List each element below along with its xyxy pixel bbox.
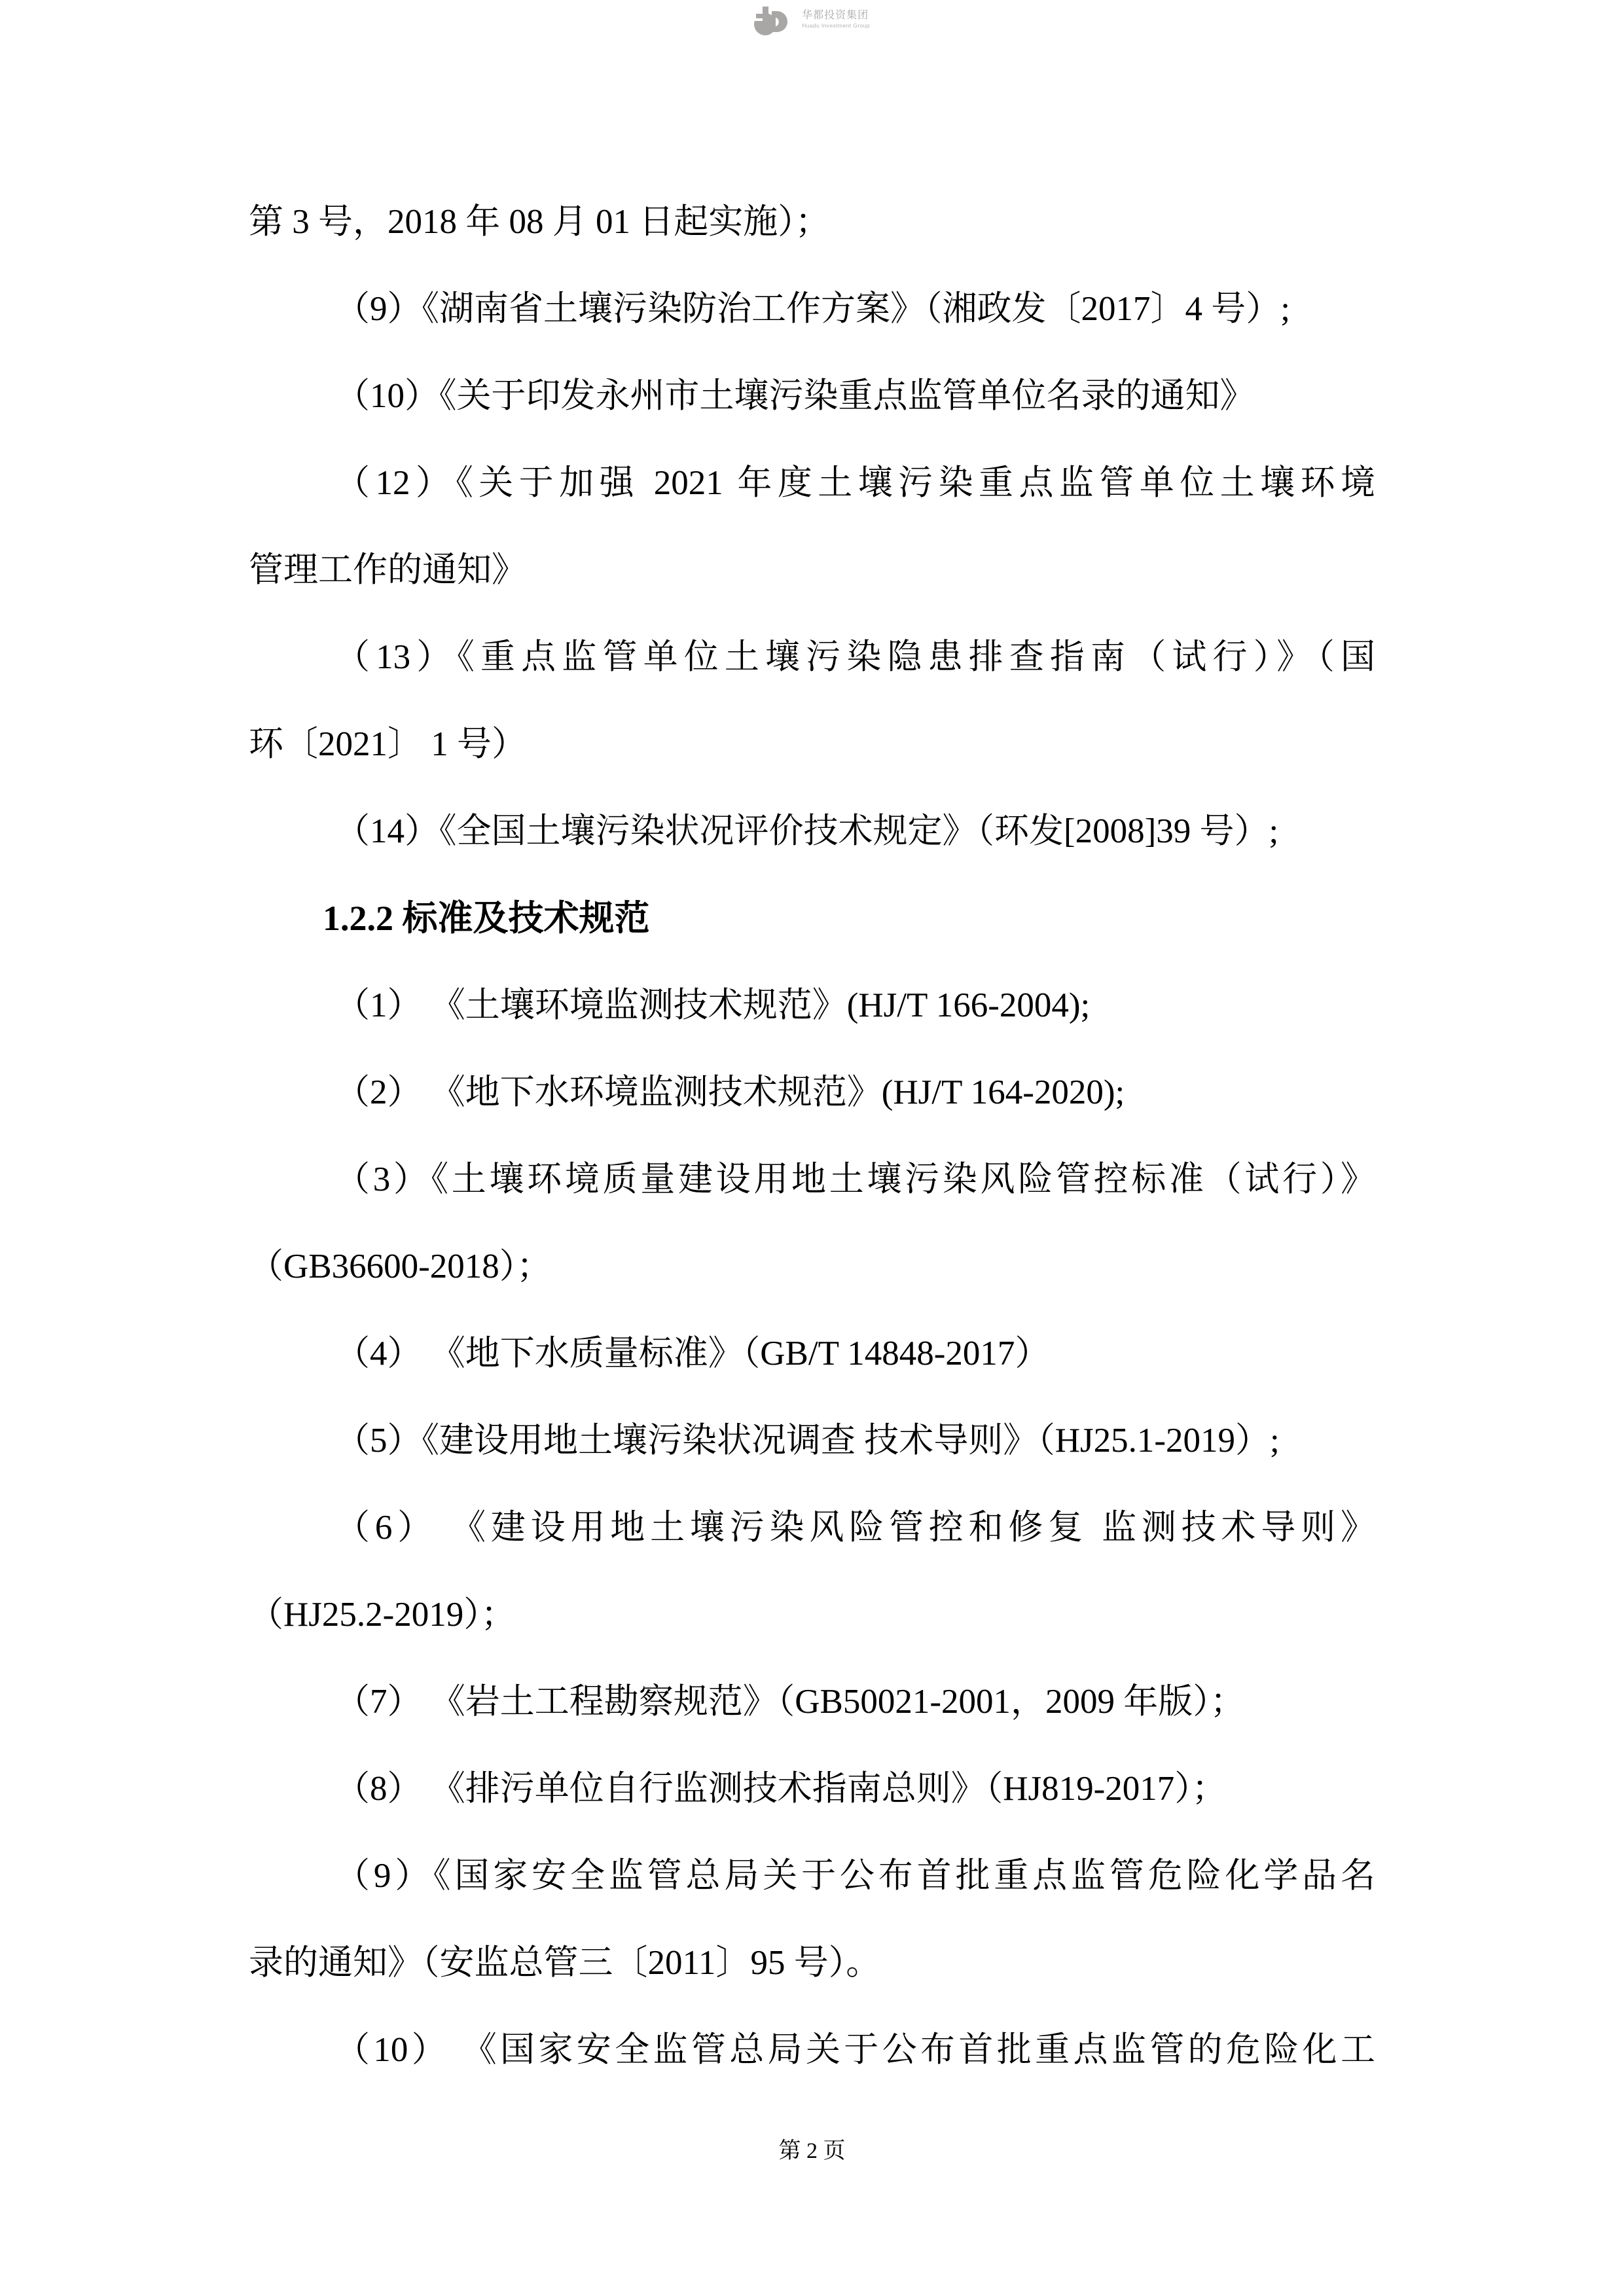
text-line: （9）《国家安全监管总局关于公布首批重点监管危险化学品名 [249, 1833, 1375, 1920]
text-line: 1.2.2 标准及技术规范 [249, 875, 1375, 962]
text-line: （10） 《国家安全监管总局关于公布首批重点监管的危险化工 [249, 2007, 1375, 2094]
company-logo: 华都投资集团 Huadu Investment Group [0, 5, 1624, 37]
text-line: （6） 《建设用地土壤污染风险管控和修复 监测技术导则》 [249, 1484, 1375, 1571]
text-line: （9）《湖南省土壤污染防治工作方案》（湘政发〔2017〕4 号）; [249, 266, 1375, 353]
text-line: 第 3 号，2018 年 08 月 01 日起实施）； [249, 179, 1375, 266]
company-name-en: Huadu Investment Group [802, 22, 870, 29]
text-line: （GB36600-2018）； [249, 1223, 1375, 1310]
text-line: （13）《重点监管单位土壤污染隐患排查指南（试行）》（国 [249, 614, 1375, 701]
text-line: （7） 《岩土工程勘察规范》（GB50021-2001，2009 年版）； [249, 1659, 1375, 1746]
text-line: 管理工作的通知》 [249, 527, 1375, 614]
text-line: （10）《关于印发永州市土壤污染重点监管单位名录的通知》 [249, 353, 1375, 440]
text-line: 录的通知》（安监总管三〔2011〕95 号）。 [249, 1920, 1375, 2007]
page-number: 第 2 页 [779, 2139, 846, 2163]
text-line: （4） 《地下水质量标准》（GB/T 14848-2017） [249, 1310, 1375, 1397]
hd-logo-icon [754, 7, 791, 37]
text-line: （3）《土壤环境质量建设用地土壤污染风险管控标准（试行）》 [249, 1136, 1375, 1223]
document-page: 华都投资集团 Huadu Investment Group 第 3 号，2018… [0, 0, 1624, 2296]
page-footer: 第 2 页 [0, 2135, 1624, 2168]
text-line: （12）《关于加强 2021 年度土壤污染重点监管单位土壤环境 [249, 440, 1375, 527]
document-body: 第 3 号，2018 年 08 月 01 日起实施）；（9）《湖南省土壤污染防治… [249, 179, 1375, 2094]
company-name-cn: 华都投资集团 [802, 9, 870, 22]
text-line: 环〔2021〕 1 号） [249, 701, 1375, 788]
text-line: （5）《建设用地土壤污染状况调查 技术导则》（HJ25.1-2019）; [249, 1397, 1375, 1484]
text-line: （2） 《地下水环境监测技术规范》(HJ/T 164-2020); [249, 1049, 1375, 1136]
text-line: （8） 《排污单位自行监测技术指南总则》（HJ819-2017）； [249, 1746, 1375, 1833]
company-logo-text: 华都投资集团 Huadu Investment Group [802, 5, 870, 29]
text-line: （HJ25.2-2019）； [249, 1571, 1375, 1659]
text-line: （14）《全国土壤污染状况评价技术规定》（环发[2008]39 号）; [249, 788, 1375, 875]
text-line: （1） 《土壤环境监测技术规范》(HJ/T 166-2004); [249, 962, 1375, 1049]
